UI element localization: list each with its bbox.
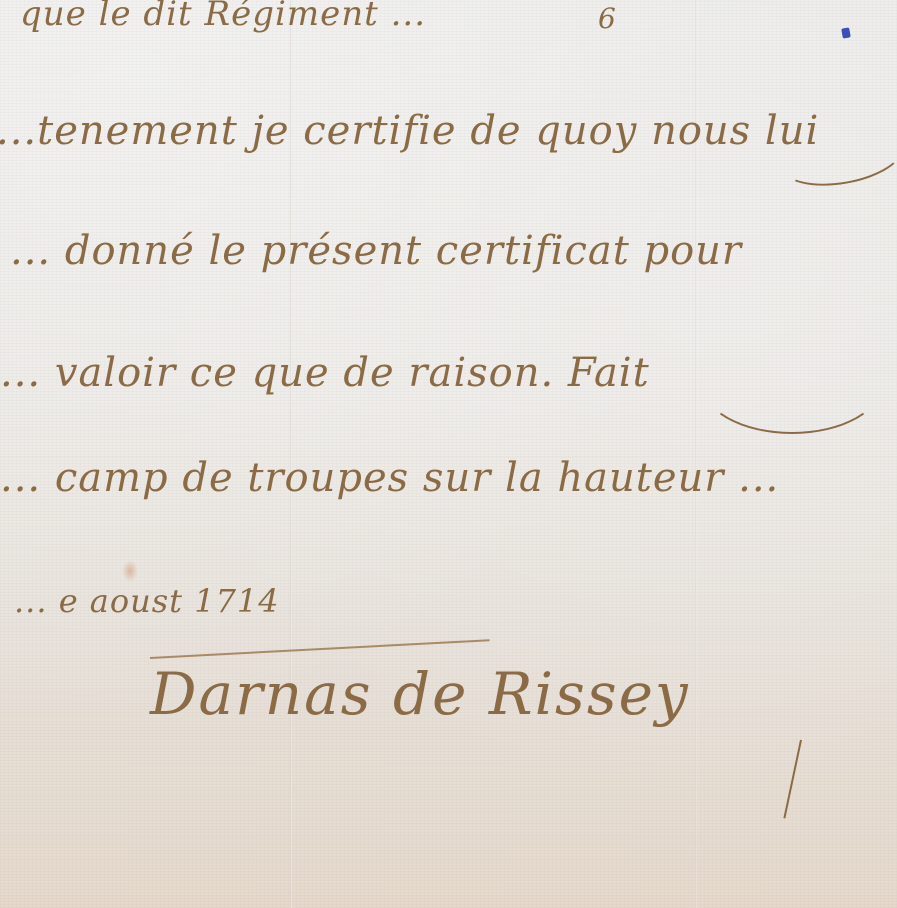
signature: Darnas de Rissey — [150, 660, 690, 728]
ink-stain — [122, 560, 138, 582]
manuscript-line-1: que le dit Régiment ... — [20, 0, 426, 34]
blue-ink-mark — [841, 27, 851, 38]
manuscript-line-3: ... donné le présent certificat pour — [10, 228, 742, 274]
flourish-stroke — [700, 330, 884, 434]
manuscript-line-4: ... valoir ce que de raison. Fait — [0, 350, 650, 396]
signature-rule — [150, 639, 490, 659]
manuscript-page: 6 que le dit Régiment ... ...tenement je… — [0, 0, 897, 908]
date-line: ... e aoust 1714 — [14, 582, 280, 620]
paraph-stroke — [783, 740, 802, 819]
manuscript-line-2: ...tenement je certifie de quoy nous lui — [0, 108, 819, 154]
manuscript-line-5: ... camp de troupes sur la hauteur ... — [0, 455, 779, 501]
page-marker: 6 — [598, 2, 617, 35]
